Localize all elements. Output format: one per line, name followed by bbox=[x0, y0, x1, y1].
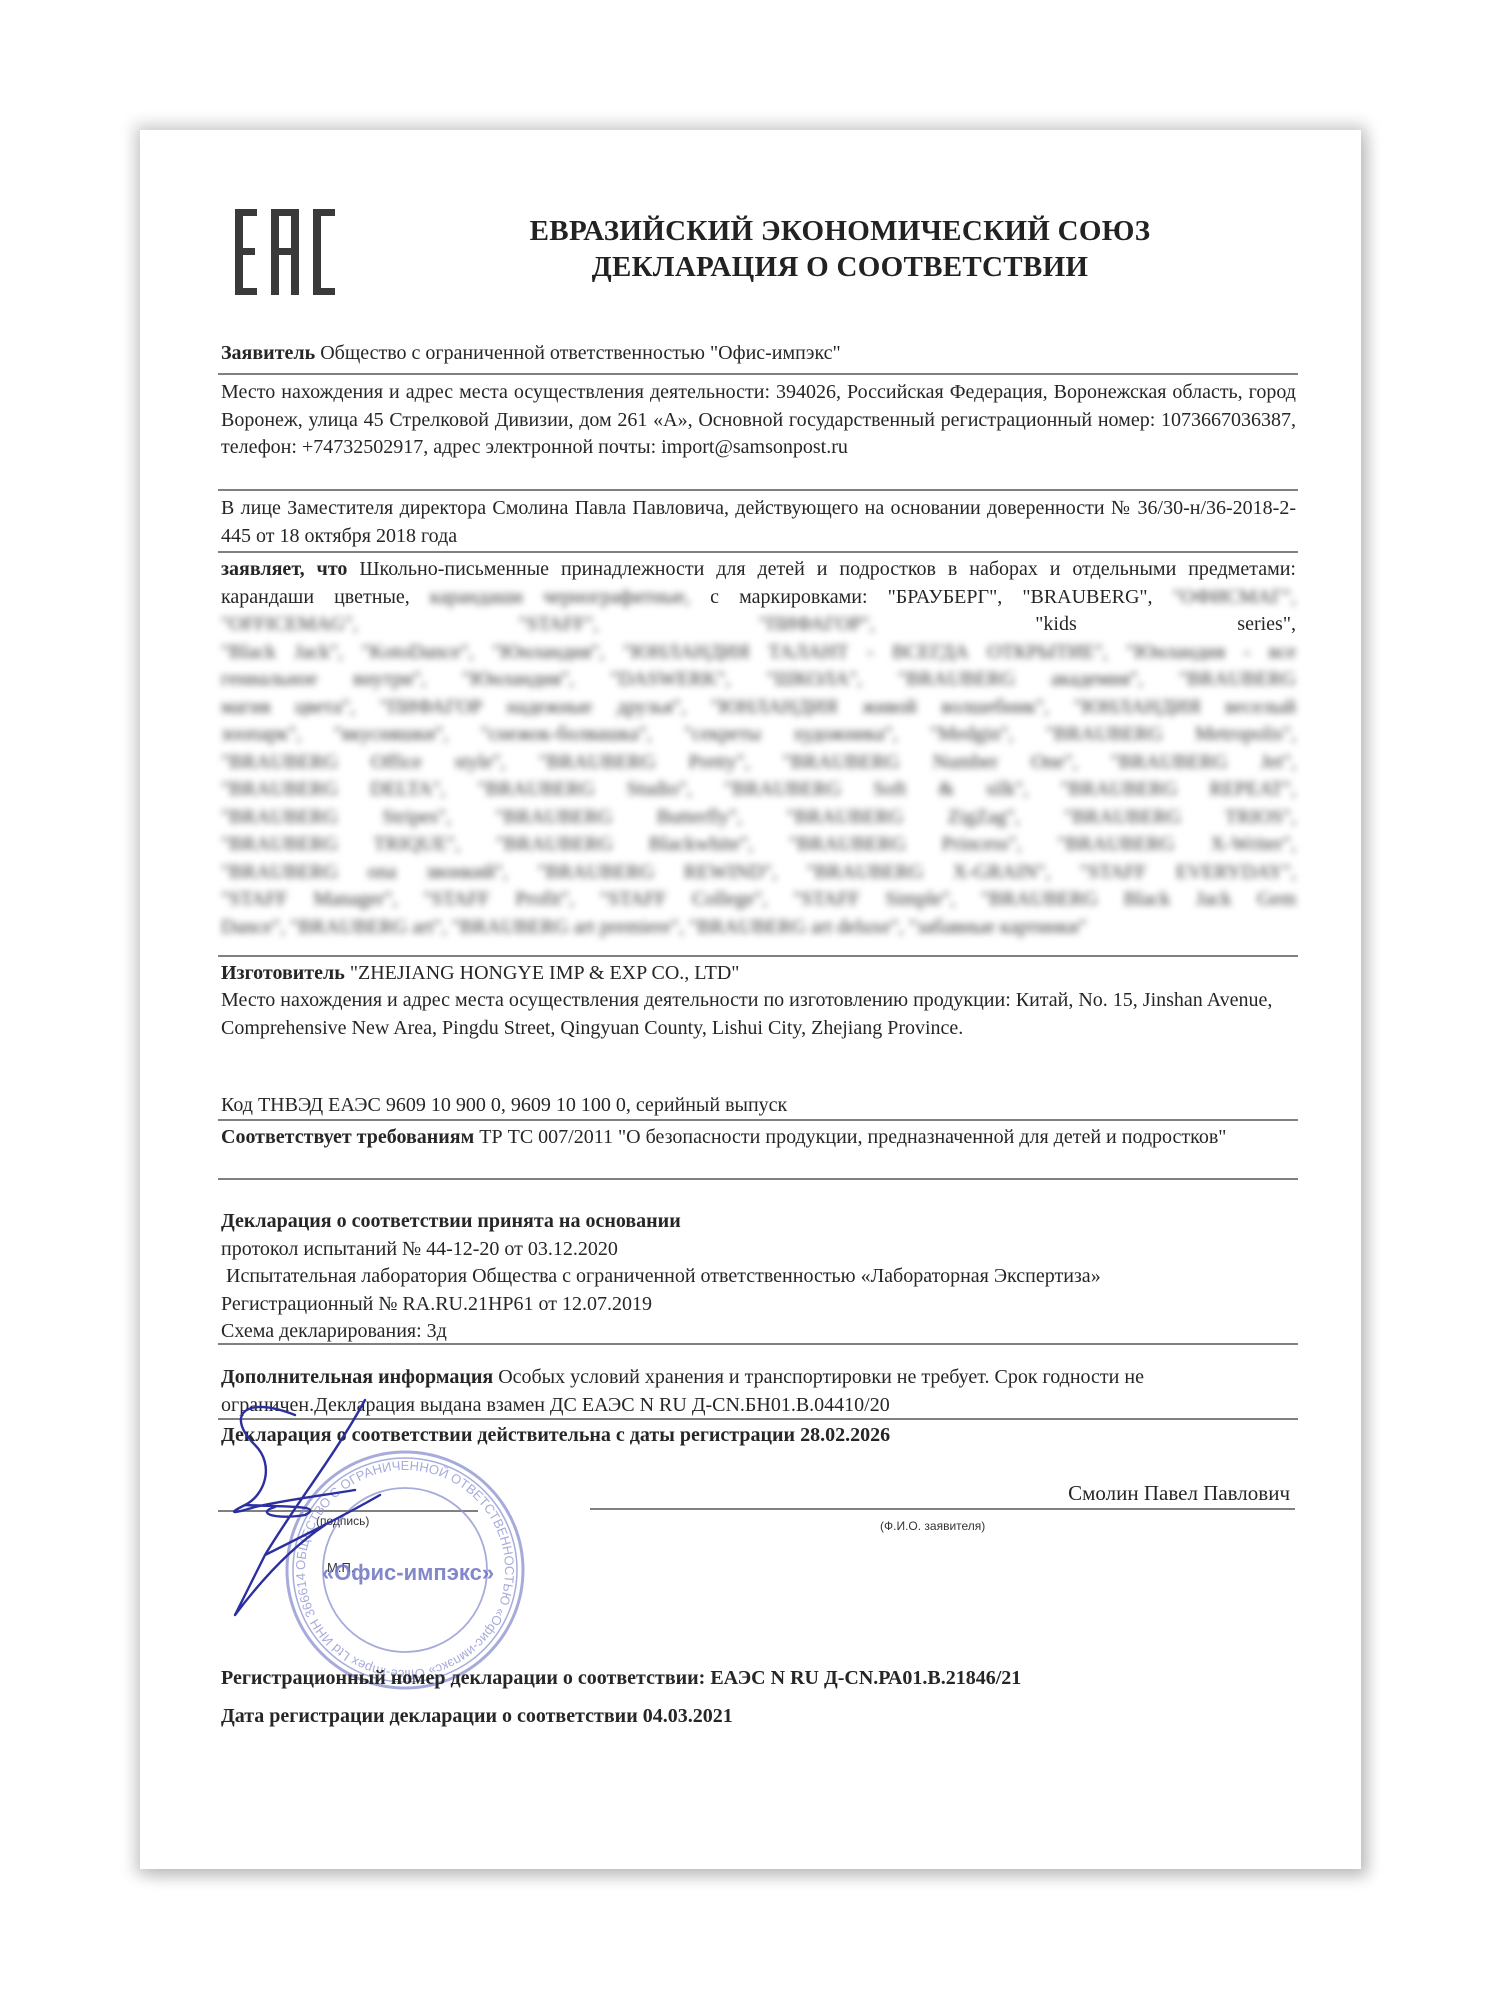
redacted-line: "Black Jack", "KotoDance", "Юнландия", "… bbox=[221, 639, 1296, 667]
declaration-statement: заявляет, что Школьно-письменные принадл… bbox=[221, 556, 1296, 941]
declaration-label: заявляет, что bbox=[221, 558, 347, 580]
basis-label: Декларация о соответствии принята на осн… bbox=[221, 1208, 1296, 1236]
registration-number: Регистрационный номер декларации о соотв… bbox=[221, 1665, 1296, 1693]
signer-line bbox=[590, 1508, 1295, 1510]
registration-date: Дата регистрации декларации о соответств… bbox=[221, 1703, 1296, 1731]
declaration-marks: с маркировками: "БРАУБЕРГ", "BRAUBERG", bbox=[710, 586, 1152, 608]
divider bbox=[218, 1343, 1298, 1345]
redacted-line: "BRAUBERG ona звонкий", "BRAUBERG REWIND… bbox=[221, 859, 1296, 887]
divider bbox=[218, 489, 1298, 491]
redacted-line: магия цвета", "ПИФАГОР надежные друзья",… bbox=[221, 694, 1296, 722]
lab-registration: Регистрационный № RA.RU.21НР61 от 12.07.… bbox=[221, 1291, 1296, 1319]
test-protocol: протокол испытаний № 44-12-20 от 03.12.2… bbox=[221, 1236, 1296, 1264]
declaration-title: ДЕКЛАРАЦИЯ О СООТВЕТСТВИИ bbox=[440, 251, 1240, 284]
redacted-line: "BRAUBERG Stripes", "BRAUBERG Butterfly"… bbox=[221, 804, 1296, 832]
redacted-brand-list: "Black Jack", "KotoDance", "Юнландия", "… bbox=[221, 639, 1296, 942]
conformity-label: Соответствует требованиям bbox=[221, 1126, 474, 1148]
manufacturer-value: "ZHEJIANG HONGYE IMP & EXP CO., LTD" bbox=[350, 962, 740, 984]
basis-section: Декларация о соответствии принята на осн… bbox=[221, 1208, 1296, 1346]
redacted-line: "BRAUBERG Office style", "BRAUBERG Prett… bbox=[221, 749, 1296, 777]
handwritten-signature-icon bbox=[205, 1395, 535, 1635]
divider bbox=[218, 955, 1298, 957]
redacted-text: карандаши чернографитные, bbox=[430, 586, 690, 608]
conformity-line: Соответствует требованиям ТР ТС 007/2011… bbox=[221, 1124, 1296, 1152]
tnved-code: Код ТНВЭД ЕАЭС 9609 10 900 0, 9609 10 10… bbox=[221, 1092, 1296, 1120]
redacted-line: "STAFF Manager", "STAFF Profit", "STAFF … bbox=[221, 886, 1296, 914]
manufacturer-line: Изготовитель "ZHEJIANG HONGYE IMP & EXP … bbox=[221, 960, 1296, 988]
registration-date-label: Дата регистрации декларации о соответств… bbox=[221, 1705, 638, 1727]
applicant-value: Общество с ограниченной ответственностью… bbox=[320, 342, 841, 364]
declaration-kids-series: "kids series", bbox=[1035, 613, 1296, 635]
eac-logo-icon bbox=[233, 207, 338, 297]
signer-name: Смолин Павел Павлович bbox=[590, 1480, 1290, 1508]
applicant-line: Заявитель Общество с ограниченной ответс… bbox=[221, 340, 1296, 368]
redacted-line: Dance", "BRAUBERG art", "BRAUBERG art pr… bbox=[221, 914, 1296, 942]
additional-info-label: Дополнительная информация bbox=[221, 1366, 493, 1388]
redacted-line: гениальное внутри", "Юнландия", "DASWERK… bbox=[221, 666, 1296, 694]
conformity-value: ТР ТС 007/2011 "О безопасности продукции… bbox=[479, 1126, 1226, 1148]
redacted-line: "BRAUBERG DELTA", "BRAUBERG Studio", "BR… bbox=[221, 776, 1296, 804]
signer-caption: (Ф.И.О. заявителя) bbox=[880, 1519, 985, 1533]
divider bbox=[218, 373, 1298, 375]
registration-date-value: 04.03.2021 bbox=[643, 1705, 733, 1727]
manufacturer-label: Изготовитель bbox=[221, 962, 345, 984]
registration-number-value: ЕАЭС N RU Д-CN.РА01.В.21846/21 bbox=[710, 1667, 1021, 1689]
applicant-representative: В лице Заместителя директора Смолина Пав… bbox=[221, 495, 1296, 550]
divider bbox=[218, 551, 1298, 553]
redacted-line: зоопарк", "вкусняшки", "снежок-болвашка"… bbox=[221, 721, 1296, 749]
redacted-line: "BRAUBERG TRIQUE", "BRAUBERG Blackwhite"… bbox=[221, 831, 1296, 859]
divider bbox=[218, 1178, 1298, 1180]
divider bbox=[218, 1119, 1298, 1121]
registration-number-label: Регистрационный номер декларации о соотв… bbox=[221, 1667, 705, 1689]
test-laboratory: Испытательная лаборатория Общества с огр… bbox=[221, 1263, 1296, 1291]
union-title: ЕВРАЗИЙСКИЙ ЭКОНОМИЧЕСКИЙ СОЮЗ bbox=[440, 215, 1240, 248]
applicant-address: Место нахождения и адрес места осуществл… bbox=[221, 379, 1296, 462]
applicant-label: Заявитель bbox=[221, 342, 315, 364]
declaration-scheme: Схема декларирования: 3д bbox=[221, 1318, 1296, 1346]
manufacturer-address: Место нахождения и адрес места осуществл… bbox=[221, 987, 1296, 1042]
